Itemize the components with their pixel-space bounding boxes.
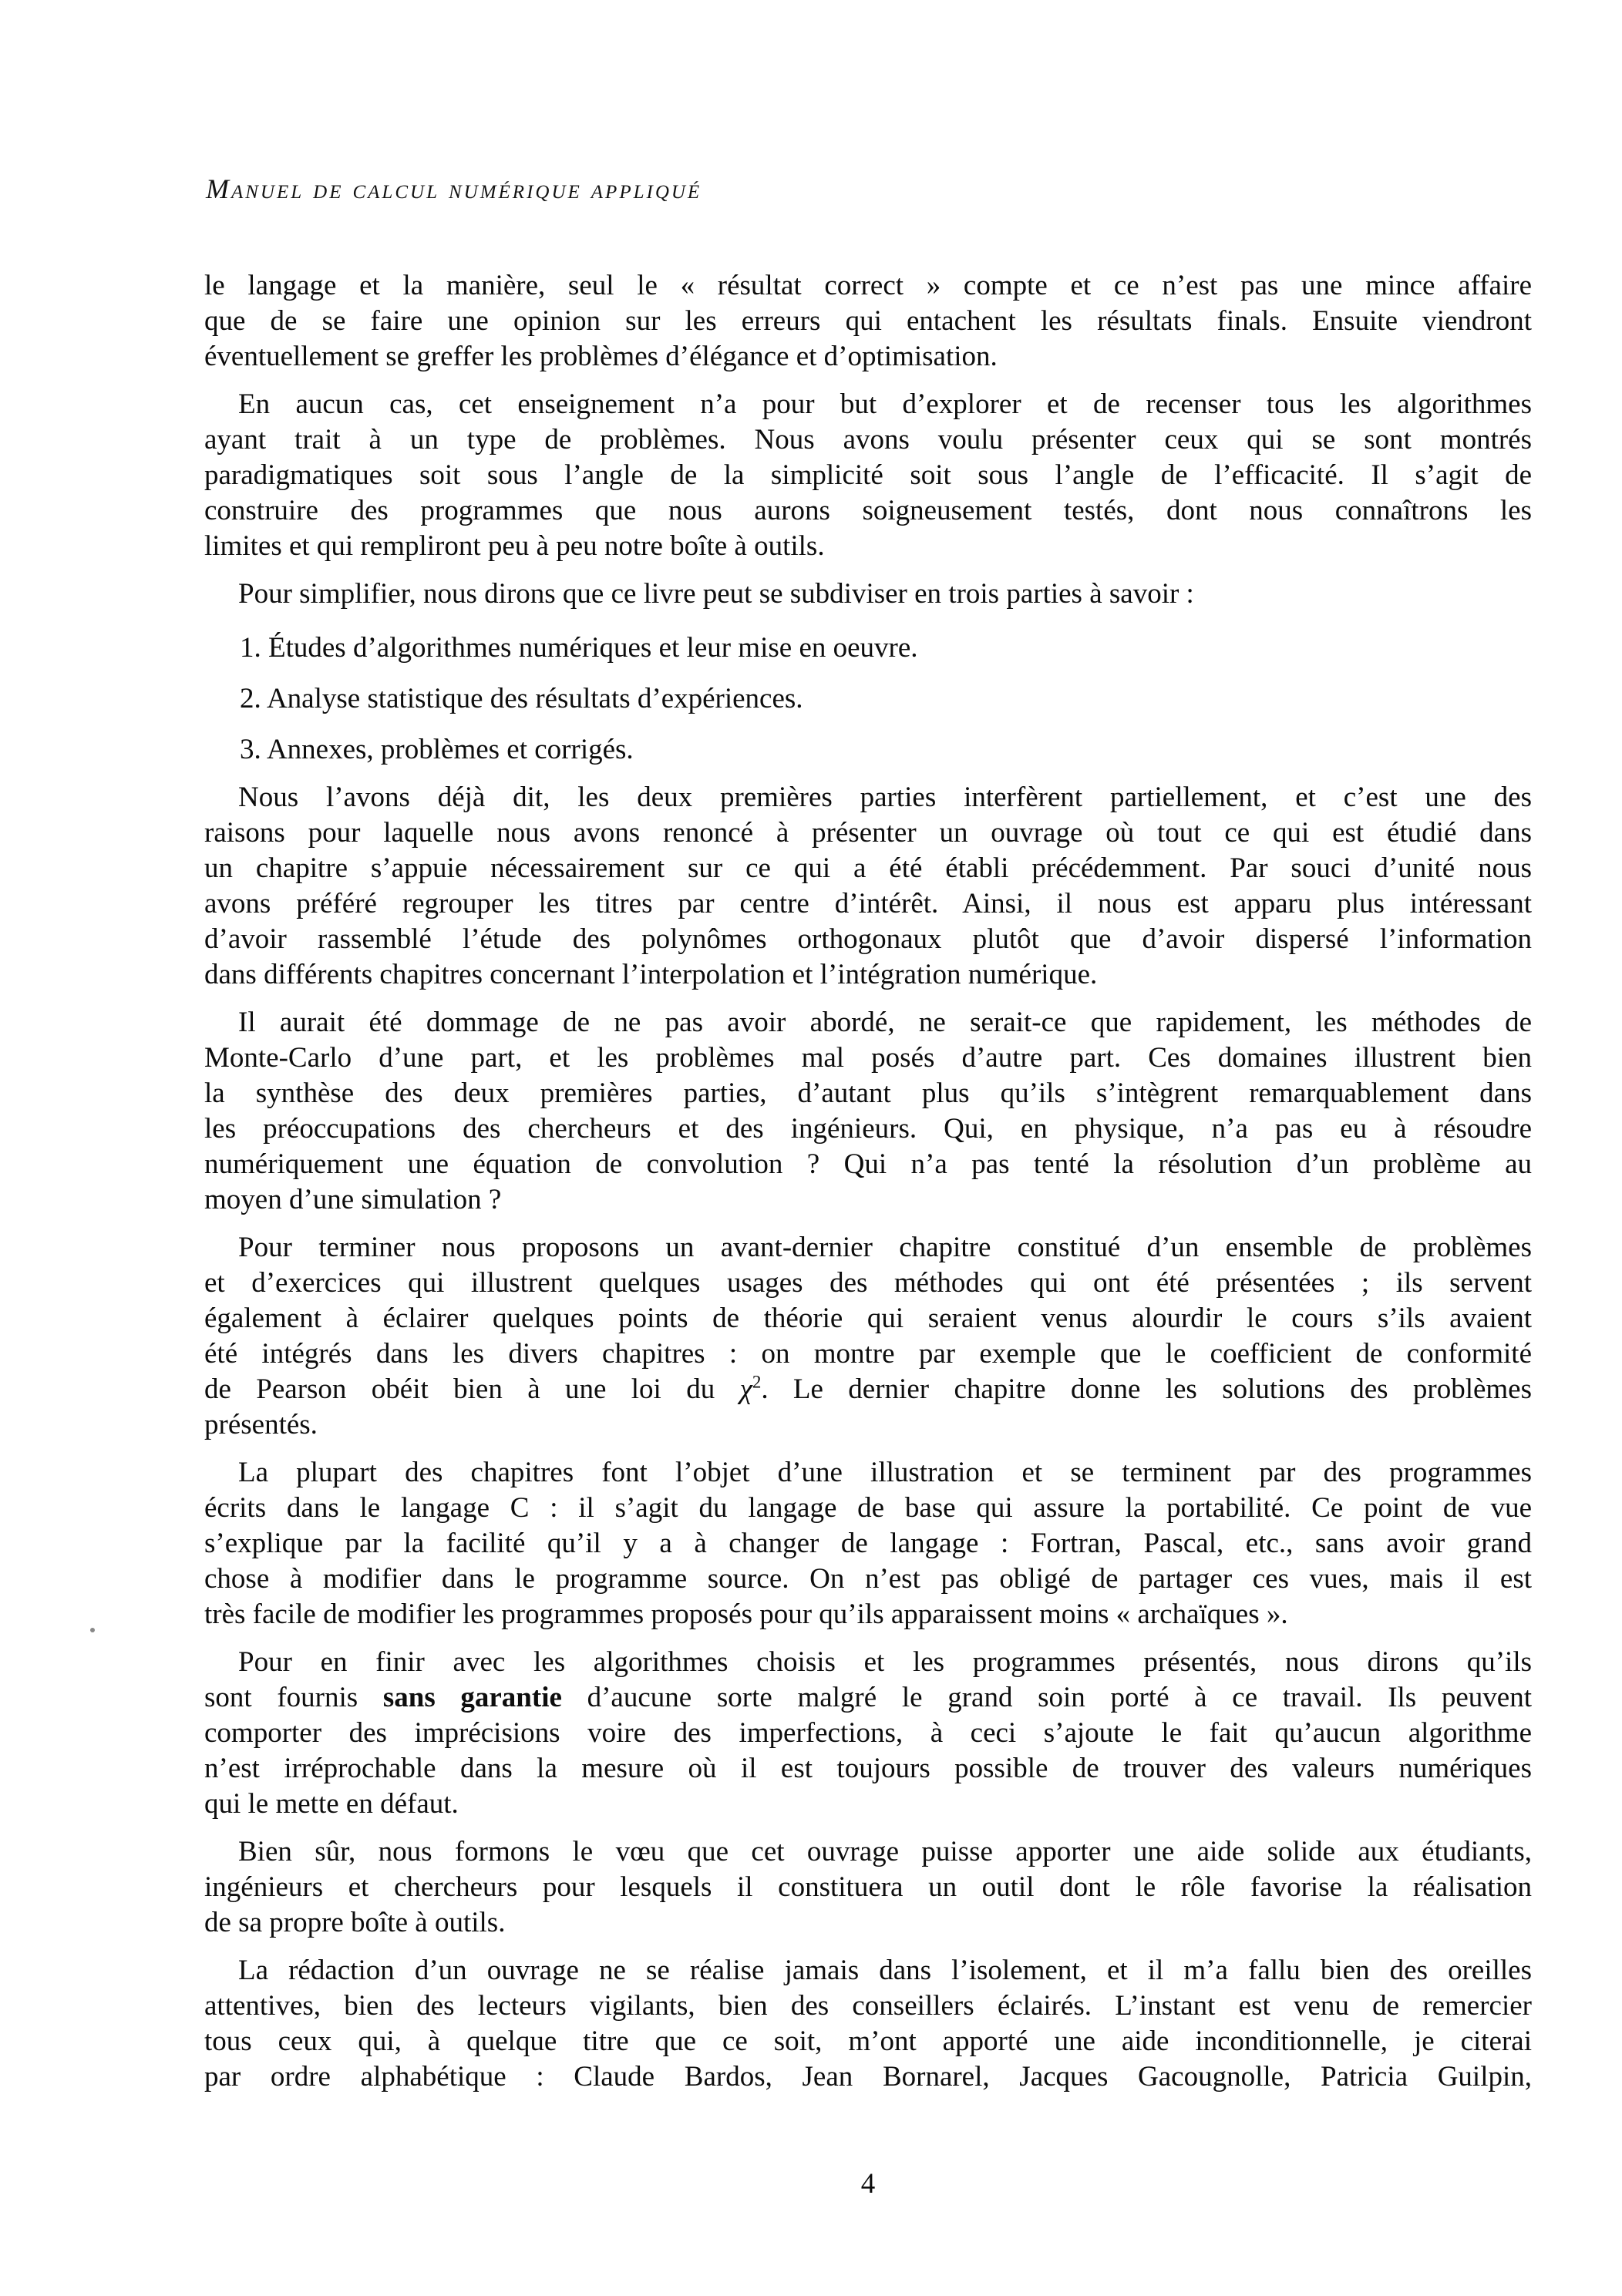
text-line: s’explique par la facilité qu’il y a à c… <box>204 1526 1532 1561</box>
text-line: La rédaction d’un ouvrage ne se réalise … <box>204 1953 1532 1988</box>
text-line: Nous l’avons déjà dit, les deux première… <box>204 780 1532 815</box>
text-line: et d’exercices qui illustrent quelques u… <box>204 1266 1532 1301</box>
text-line: présentés. <box>204 1407 1532 1443</box>
paragraph: Pour terminer nous proposons un avant-de… <box>204 1230 1532 1443</box>
text-line: numériquement une équation de convolutio… <box>204 1147 1532 1182</box>
text-line: moyen d’une simulation ? <box>204 1182 1532 1218</box>
text-line: un chapitre s’appuie nécessairement sur … <box>204 851 1532 886</box>
text-segment: de Pearson obéit bien à une loi du <box>204 1373 740 1405</box>
text-line: construire des programmes que nous auron… <box>204 493 1532 529</box>
text-line: n’est irréprochable dans la mesure où il… <box>204 1751 1532 1787</box>
ordered-list: 1. Études d’algorithmes numériques et le… <box>204 630 1532 768</box>
body-text: le langage et la manière, seul le « résu… <box>204 268 1532 2095</box>
running-head: Manuel de calcul numérique appliqué <box>206 173 702 205</box>
text-segment: d’aucune sorte malgré le grand soin port… <box>562 1682 1532 1713</box>
text-line: avons préféré regrouper les titres par c… <box>204 886 1532 922</box>
text-line: de Pearson obéit bien à une loi du χ2. L… <box>204 1372 1532 1407</box>
bold-text: sans garantie <box>383 1682 562 1713</box>
text-line: également à éclairer quelques points de … <box>204 1301 1532 1336</box>
text-line: de sa propre boîte à outils. <box>204 1905 1532 1941</box>
text-segment: . Le dernier chapitre donne les solution… <box>761 1373 1532 1405</box>
text-line: La plupart des chapitres font l’objet d’… <box>204 1455 1532 1491</box>
text-line: la synthèse des deux premières parties, … <box>204 1076 1532 1111</box>
text-line: été intégrés dans les divers chapitres :… <box>204 1336 1532 1372</box>
text-line: raisons pour laquelle nous avons renoncé… <box>204 815 1532 851</box>
text-line: qui le mette en défaut. <box>204 1787 1532 1822</box>
paragraph: Pour en finir avec les algorithmes chois… <box>204 1645 1532 1822</box>
text-line: le langage et la manière, seul le « résu… <box>204 268 1532 304</box>
paragraph: En aucun cas, cet enseignement n’a pour … <box>204 387 1532 564</box>
paragraph: La plupart des chapitres font l’objet d’… <box>204 1455 1532 1632</box>
text-line: tous ceux qui, à quelque titre que ce so… <box>204 2024 1532 2059</box>
text-line: attentives, bien des lecteurs vigilants,… <box>204 1988 1532 2024</box>
paragraph: Nous l’avons déjà dit, les deux première… <box>204 780 1532 993</box>
text-line: éventuellement se greffer les problèmes … <box>204 339 1532 375</box>
text-segment: χ <box>740 1373 752 1405</box>
page-number: 4 <box>204 2167 1532 2200</box>
text-line: les préoccupations des chercheurs et des… <box>204 1111 1532 1147</box>
text-line: Bien sûr, nous formons le vœu que cet ou… <box>204 1834 1532 1870</box>
text-line: chose à modifier dans le programme sourc… <box>204 1561 1532 1597</box>
text-line: Pour simplifier, nous dirons que ce livr… <box>204 577 1532 612</box>
text-line: ayant trait à un type de problèmes. Nous… <box>204 422 1532 458</box>
superscript: 2 <box>752 1373 761 1392</box>
text-line: 1. Études d’algorithmes numériques et le… <box>240 630 1532 666</box>
paragraph: La rédaction d’un ouvrage ne se réalise … <box>204 1953 1532 2095</box>
text-line: ingénieurs et chercheurs pour lesquels i… <box>204 1870 1532 1905</box>
text-segment: sont fournis <box>204 1682 383 1713</box>
text-line: comporter des imprécisions voire des imp… <box>204 1716 1532 1751</box>
text-line: Pour en finir avec les algorithmes chois… <box>204 1645 1532 1680</box>
text-line: 3. Annexes, problèmes et corrigés. <box>240 732 1532 768</box>
text-line: En aucun cas, cet enseignement n’a pour … <box>204 387 1532 422</box>
text-line: que de se faire une opinion sur les erre… <box>204 304 1532 339</box>
text-line: paradigmatiques soit sous l’angle de la … <box>204 458 1532 493</box>
paragraph: Il aurait été dommage de ne pas avoir ab… <box>204 1005 1532 1218</box>
text-line: limites et qui rempliront peu à peu notr… <box>204 529 1532 564</box>
text-line: très facile de modifier les programmes p… <box>204 1597 1532 1632</box>
text-line: d’avoir rassemblé l’étude des polynômes … <box>204 922 1532 957</box>
text-line: dans différents chapitres concernant l’i… <box>204 957 1532 993</box>
text-line: sont fournis sans garantie d’aucune sort… <box>204 1680 1532 1716</box>
text-line: écrits dans le langage C : il s’agit du … <box>204 1491 1532 1526</box>
text-line: 2. Analyse statistique des résultats d’e… <box>240 681 1532 717</box>
paragraph: Bien sûr, nous formons le vœu que cet ou… <box>204 1834 1532 1941</box>
text-line: Monte-Carlo d’une part, et les problèmes… <box>204 1040 1532 1076</box>
book-page: Manuel de calcul numérique appliqué le l… <box>0 0 1622 2296</box>
text-line: Il aurait été dommage de ne pas avoir ab… <box>204 1005 1532 1040</box>
scan-artifact-dot <box>90 1628 95 1632</box>
paragraph: Pour simplifier, nous dirons que ce livr… <box>204 577 1532 612</box>
text-line: par ordre alphabétique : Claude Bardos, … <box>204 2059 1532 2095</box>
text-line: Pour terminer nous proposons un avant-de… <box>204 1230 1532 1266</box>
paragraph: le langage et la manière, seul le « résu… <box>204 268 1532 375</box>
